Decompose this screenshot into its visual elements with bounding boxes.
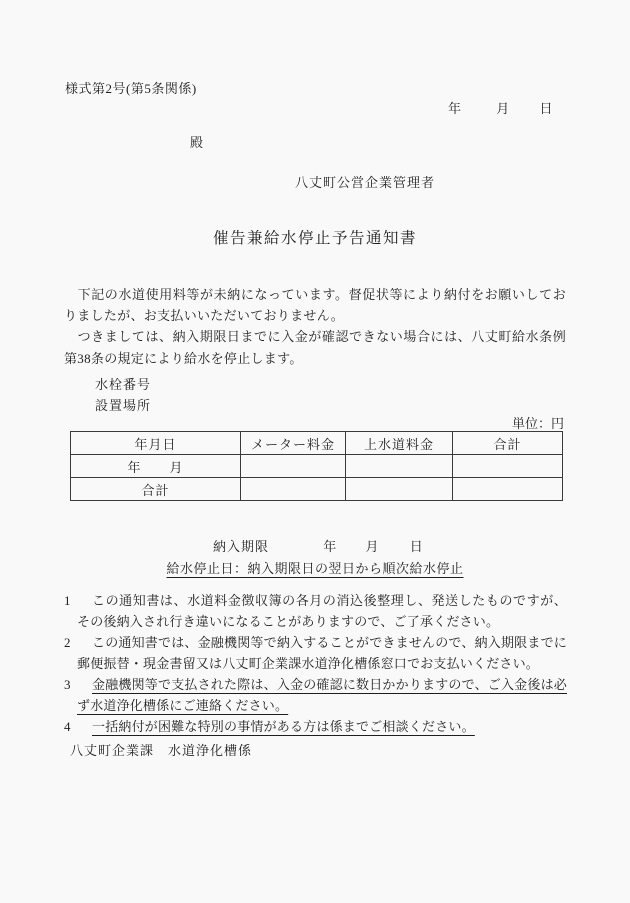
- note-number: 2: [64, 632, 71, 653]
- unit-label: 単位：円: [512, 413, 564, 432]
- supply-stop-date-text: 給水停止日：納入期限日の翌日から順次給水停止: [166, 561, 463, 576]
- note-number: 1: [64, 590, 71, 611]
- paragraph-suspension-warning: つきましては、納入期限日までに入金が確認できない場合には、八丈町給水条例第38条…: [64, 326, 566, 368]
- supply-stop-date-notice: 給水停止日：納入期限日の翌日から順次給水停止: [0, 558, 630, 577]
- body-paragraphs: 下記の水道使用料等が未納になっています。督促状等により納付をお願いしておりました…: [64, 284, 566, 369]
- fee-table-header-row: 年月日 メーター料金 上水道料金 合計: [71, 432, 563, 455]
- note-item-3: 3 金融機関等で支払された際は、入金の確認に数日かかりますので、ご入金後は必ず水…: [64, 674, 567, 716]
- note-item-4: 4 一括納付が困難な特別の事情がある方は係までご相談ください。: [64, 716, 567, 737]
- form-number: 様式第2号(第5条関係): [65, 78, 197, 97]
- installation-location-label: 設置場所: [95, 395, 151, 414]
- header-date: 年月日: [71, 432, 241, 455]
- deadline-year-label: 年: [323, 539, 337, 554]
- header-water-fee: 上水道料金: [346, 432, 453, 455]
- cell-grand-total: [453, 478, 563, 501]
- payment-deadline-line: 納入期限 年 月 日: [213, 536, 424, 555]
- header-meter-fee: メーター料金: [241, 432, 346, 455]
- table-row: 合計: [71, 478, 563, 501]
- note-item-1: 1 この通知書は、水道料金徴収簿の各月の消込後整理し、発送したものですが、その後…: [64, 590, 567, 632]
- deadline-day-label: 日: [410, 539, 424, 554]
- payment-deadline-label: 納入期限: [213, 539, 269, 554]
- cell-water-fee: [346, 455, 453, 478]
- note-text: 金融機関等で支払された際は、入金の確認に数日かかりますので、ご入金後は必ず水道浄…: [77, 677, 567, 713]
- notes-list: 1 この通知書は、水道料金徴収簿の各月の消込後整理し、発送したものですが、その後…: [64, 590, 567, 737]
- table-row: 年 月: [71, 455, 563, 478]
- note-item-2: 2 この通知書では、金融機関等で納入することができませんので、納入期限までに郵便…: [64, 632, 567, 674]
- issue-date-line: 年 月 日: [448, 98, 553, 117]
- note-number: 3: [64, 674, 71, 695]
- cell-water-fee-total: [346, 478, 453, 501]
- issue-date-day-label: 日: [540, 101, 553, 116]
- issue-date-year-label: 年: [448, 101, 461, 116]
- note-number: 4: [64, 716, 71, 737]
- addressee-suffix: 殿: [190, 132, 203, 151]
- notice-document-page: 様式第2号(第5条関係) 年 月 日 殿 八丈町公営企業管理者 催告兼給水停止予…: [0, 0, 630, 903]
- note-text: この通知書は、水道料金徴収簿の各月の消込後整理し、発送したものですが、その後納入…: [77, 593, 567, 629]
- fee-table: 年月日 メーター料金 上水道料金 合計 年 月 合計: [70, 431, 563, 501]
- header-total: 合計: [453, 432, 563, 455]
- note-text: 一括納付が困難な特別の事情がある方は係までご相談ください。: [92, 719, 485, 734]
- issue-date-month-label: 月: [496, 101, 509, 116]
- cell-meter-fee: [241, 455, 346, 478]
- cell-total-label: 合計: [71, 478, 241, 501]
- cell-meter-fee-total: [241, 478, 346, 501]
- paragraph-unpaid-notice: 下記の水道使用料等が未納になっています。督促状等により納付をお願いしておりました…: [64, 284, 566, 326]
- department-footer: 八丈町企業課 水道浄化槽係: [70, 740, 252, 759]
- deadline-month-label: 月: [366, 539, 380, 554]
- issuer-title: 八丈町公営企業管理者: [295, 172, 435, 191]
- cell-year-month: 年 月: [71, 455, 241, 478]
- cell-total: [453, 455, 563, 478]
- document-title: 催告兼給水停止予告通知書: [0, 226, 630, 248]
- tap-number-label: 水栓番号: [95, 374, 151, 393]
- note-text: この通知書では、金融機関等で納入することができませんので、納入期限までに郵便振替…: [77, 635, 567, 671]
